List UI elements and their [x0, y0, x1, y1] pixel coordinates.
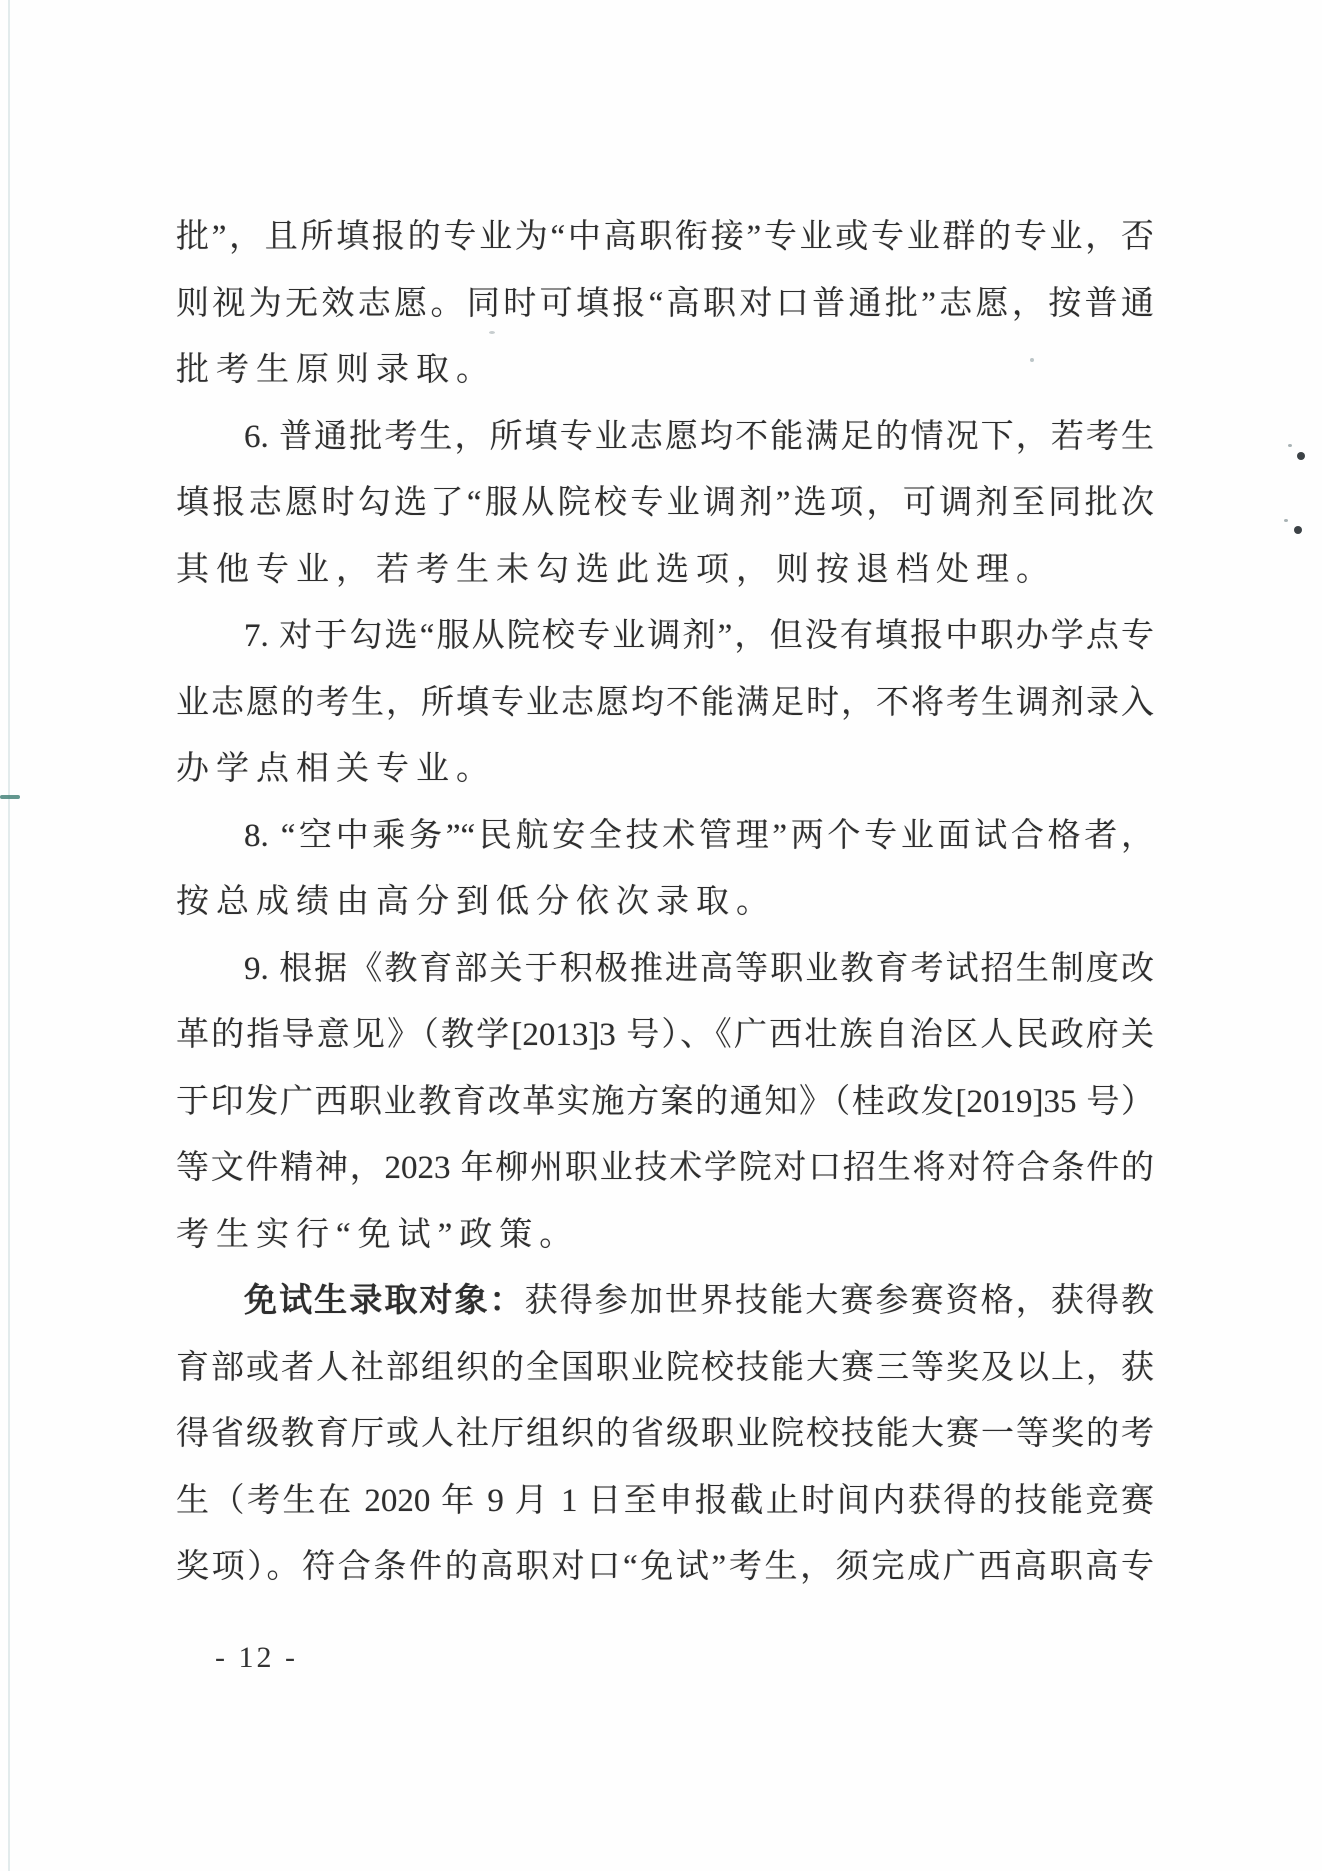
text-line: 等文件精神，2023 年柳州职业技术学院对口招生将对符合条件的 [176, 1135, 1154, 1202]
text-line: 奖项）。符合条件的高职对口“免试”考生，须完成广西高职高专 [176, 1534, 1154, 1601]
text-line: 革的指导意见》（教学[2013]3 号）、《广西壮族自治区人民政府关 [176, 1002, 1154, 1069]
exempt-students-lead-label: 免试生录取对象： [244, 1283, 525, 1319]
scan-artifact-speck [1297, 452, 1305, 460]
scan-artifact-speck [1284, 519, 1288, 522]
text-line: 则视为无效志愿。同时可填报“高职对口普通批”志愿，按普通 [176, 271, 1154, 338]
text-line: 办学点相关专业。 [176, 736, 1154, 803]
text-line: 考生实行“免试”政策。 [176, 1202, 1154, 1269]
text-line: 得省级教育厅或人社厅组织的省级职业院校技能大赛一等奖的考 [176, 1401, 1154, 1468]
scan-edge-line [8, 0, 10, 1871]
text-line: 业志愿的考生，所填专业志愿均不能满足时，不将考生调剂录入 [176, 670, 1154, 737]
text-line: 于印发广西职业教育改革实施方案的通知》（桂政发[2019]35 号） [176, 1069, 1154, 1136]
text-line: 其他专业，若考生未勾选此选项，则按退档处理。 [176, 537, 1154, 604]
scan-artifact-speck [1288, 444, 1292, 447]
text-line-paragraph-6-start: 6. 普通批考生，所填专业志愿均不能满足的情况下，若考生 [176, 404, 1154, 471]
text-line-paragraph-7-start: 7. 对于勾选“服从院校专业调剂”，但没有填报中职办学点专 [176, 603, 1154, 670]
text-line: 育部或者人社部组织的全国职业院校技能大赛三等奖及以上，获 [176, 1335, 1154, 1402]
text-line: 生（考生在 2020 年 9 月 1 日至申报截止时间内获得的技能竞赛 [176, 1468, 1154, 1535]
text-line-paragraph-8-start: 8. “空中乘务”“民航安全技术管理”两个专业面试合格者， [176, 803, 1154, 870]
scan-artifact-teal-dash [0, 795, 20, 799]
text-line: 批”，且所填报的专业为“中高职衔接”专业或专业群的专业，否 [176, 204, 1154, 271]
text-line-exempt-paragraph-start: 免试生录取对象：获得参加世界技能大赛参赛资格，获得教 [176, 1268, 1154, 1335]
text-line: 填报志愿时勾选了“服从院校专业调剂”选项，可调剂至同批次 [176, 470, 1154, 537]
page-number: - 12 - [215, 1638, 298, 1678]
scan-artifact-speck [1294, 526, 1302, 534]
text-run: 获得参加世界技能大赛参赛资格，获得教 [525, 1283, 1154, 1319]
text-line-paragraph-9-start: 9. 根据《教育部关于积极推进高等职业教育考试招生制度改 [176, 936, 1154, 1003]
text-line: 按总成绩由高分到低分依次录取。 [176, 869, 1154, 936]
scanned-document-page: 批”，且所填报的专业为“中高职衔接”专业或专业群的专业，否 则视为无效志愿。同时… [0, 0, 1322, 1871]
document-body: 批”，且所填报的专业为“中高职衔接”专业或专业群的专业，否 则视为无效志愿。同时… [176, 204, 1154, 1601]
text-line: 批考生原则录取。 [176, 337, 1154, 404]
